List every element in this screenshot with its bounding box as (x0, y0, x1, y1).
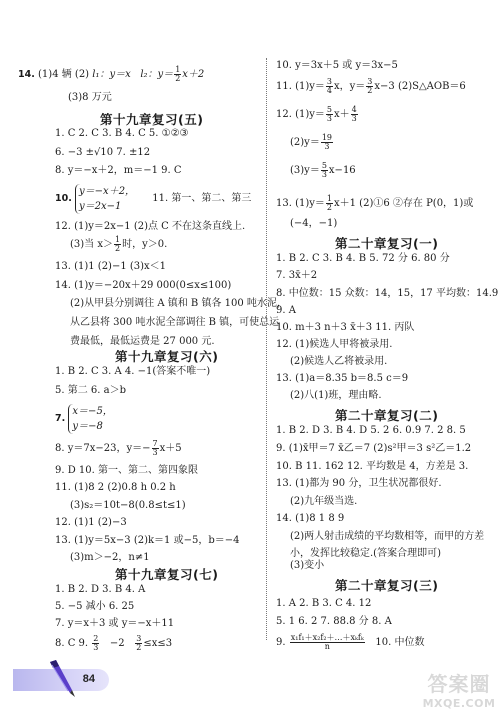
answer-line: 1. B 2. C 3. A 4. −1(答案不唯一) (55, 366, 210, 378)
answer-line: (3)m＞−2，n≠1 (70, 552, 150, 564)
section-title: 第二十章复习(三) (335, 576, 438, 594)
question-number: 14. (18, 69, 35, 80)
section-title: 第十九章复习(六) (115, 347, 218, 365)
answer-line: 9. D 10. 第一、第二、第四象限 (55, 465, 198, 477)
answer-line: 8. C 9. 23 −2 32≤x≤3 (55, 635, 172, 652)
section-title: 第二十章复习(一) (335, 234, 438, 252)
question-number: 10. (55, 193, 72, 204)
answer-line: 9. x₁f₁＋x₂f₂＋…＋xₖfₖn 10. 中位数 (276, 634, 424, 651)
pen-icon (48, 660, 78, 698)
answer-line: 1. C 2. C 3. B 4. C 5. ①②③ (55, 128, 189, 140)
answer-line: 8. y＝7x−23，y＝−73x＋5 (55, 440, 182, 457)
section-title: 第十九章复习(七) (115, 565, 218, 583)
answer-line: (3)8 万元 (68, 92, 112, 104)
answer-line: (2)y＝193 (290, 134, 334, 151)
fraction: 32 (135, 635, 142, 652)
watermark: 答案圈 MXQE.COM (420, 668, 498, 710)
answer-line: 1. B 2. D 3. B 4. D 5. 2 6. 0.9 7. 2 8. … (276, 425, 466, 437)
fraction: 73 (152, 440, 159, 457)
answer-line: 11. (1)8 2 (2)0.8 h 0.2 h (55, 482, 176, 494)
answer-text: 11. 第一、第二、第三 (152, 193, 251, 204)
answer-line: (2)从甲县分别调往 A 镇和 B 镇各 100 吨水泥， (70, 298, 287, 310)
answer-line: 10. m＋3 n＋3 x̄＋3 11. 丙队 (276, 322, 414, 334)
answer-line: 7. y＝x＋3 或 y＝−x＋11 (55, 618, 174, 630)
fraction: 12 (174, 66, 181, 83)
answer-line: 14. (1)4 辆 (2) l₁：y＝x l₂：y＝12x＋2 (18, 66, 204, 83)
fraction: 32 (366, 78, 373, 95)
fraction: 193 (321, 134, 333, 151)
answer-line: 5. −5 减小 6. 25 (55, 601, 134, 613)
fraction: 12 (114, 236, 121, 253)
answer-line: 7. x＝−5，y＝−8 (55, 404, 113, 434)
answer-line: 12. (1)候选人甲将被录用. (276, 339, 392, 351)
answer-line: 1. B 2. C 3. B 4. B 5. 72 分 6. 80 分 (276, 253, 450, 265)
answer-line: 从乙县将 300 吨水泥全部调往 B 镇，可使总运 (70, 317, 279, 329)
answer-line: (2)八(1)班，理由略. (290, 390, 382, 402)
answer-line: 8. 中位数：15 众数：14，15，17 平均数：14.9 (276, 288, 498, 300)
answer-line: (3)s₂＝10t−8(0.8≤t≤1) (70, 500, 186, 512)
answer-line: (3)当 x＞12时，y＞0. (70, 236, 167, 253)
answer-line: 12. (1)1 (2)−3 (55, 517, 127, 529)
equation-system: x＝−5，y＝−8 (68, 404, 112, 434)
answer-line: 7. 3x̄＋2 (276, 270, 317, 282)
fraction: x₁f₁＋x₂f₂＋…＋xₖfₖn (290, 634, 365, 651)
answer-line: 13. (1)都为 90 分，卫生状况都很好. (276, 478, 442, 490)
answer-line: 12. (1)y＝2x−1 (2)点 C 不在这条直线上. (55, 221, 245, 233)
answer-line: 5. 第二 6. a＞b (55, 385, 126, 397)
answer-line: 13. (1)1 (2)−1 (3)x＜1 (55, 261, 166, 273)
answer-line: 10. y＝−x＋2，y＝2x−1 11. 第一、第二、第三 (55, 184, 251, 214)
fraction: 53 (321, 162, 328, 179)
answer-line: (3)y＝53x−16 (290, 162, 356, 179)
question-number: 7. (55, 413, 65, 424)
answer-line: (2)候选人乙将被录用. (290, 356, 387, 368)
fraction: 43 (351, 106, 358, 123)
answer-line: 11. (1)y＝34x，y＝32x−3 (2)S△AOB＝6 (276, 78, 466, 95)
equation-system: y＝−x＋2，y＝2x−1 (75, 184, 135, 214)
answer-line: 1. A 2. B 3. C 4. 12 (276, 598, 371, 610)
answer-line: (−4，−1) (290, 218, 337, 230)
answer-line: 14. (1)y＝−20x＋29 000(0≤x≤100) (55, 280, 231, 292)
answer-line: 14. (1)8 1 8 9 (276, 513, 344, 525)
answer-line: 10. y＝3x＋5 或 y＝3x−5 (276, 60, 398, 72)
answer-line: 9. (1)x̄甲＝7 x̄乙＝7 (2)s²甲＝3 s²乙＝1.2 (276, 443, 471, 455)
answer-line: (2)两人射击成绩的平均数相等，而甲的方差 (290, 531, 484, 543)
answer-formula: l₂：y＝ (140, 69, 173, 80)
answer-line: 8. y＝−x＋2，m＝−1 9. C (55, 165, 182, 177)
fraction: 34 (326, 78, 333, 95)
page-number: 84 (83, 673, 95, 685)
answer-text: (1)4 辆 (2) (38, 69, 89, 80)
fraction: 12 (326, 195, 333, 212)
fraction: 23 (92, 635, 99, 652)
answer-formula: x＋2 (182, 69, 204, 80)
answer-line: 10. B 11. 162 12. 平均数是 4，方差是 3. (276, 461, 468, 473)
answer-line: 9. A (276, 305, 296, 317)
section-title: 第二十章复习(二) (335, 406, 438, 424)
answer-formula: l₁：y＝x (92, 69, 131, 80)
fraction: 53 (326, 106, 333, 123)
answer-line: 5. 1 6. 2 7. 88.8 分 8. A (276, 616, 392, 628)
answer-line: 13. (1)y＝5x−3 (2)k＝1 或−5，b＝−4 (55, 535, 239, 547)
answer-line: 13. (1)a＝8.35 b＝8.5 c＝9 (276, 373, 408, 385)
answer-line: 小，发挥比较稳定.(答案合理即可) (290, 548, 441, 560)
column-divider (266, 58, 267, 640)
answer-line: 1. B 2. D 3. B 4. A (55, 584, 145, 596)
answer-line: (2)九年级当选. (290, 496, 357, 508)
answer-line: 13. (1)y＝12x＋1 (2)①6 ②存在 P(0，1)或 (276, 195, 473, 212)
answer-line: (3)变小 (290, 560, 324, 572)
answer-line: 12. (1)y＝53x＋43 (276, 106, 359, 123)
section-title: 第十九章复习(五) (100, 110, 203, 128)
answer-line: 6. −3 ±√10 7. ±12 (55, 147, 150, 159)
